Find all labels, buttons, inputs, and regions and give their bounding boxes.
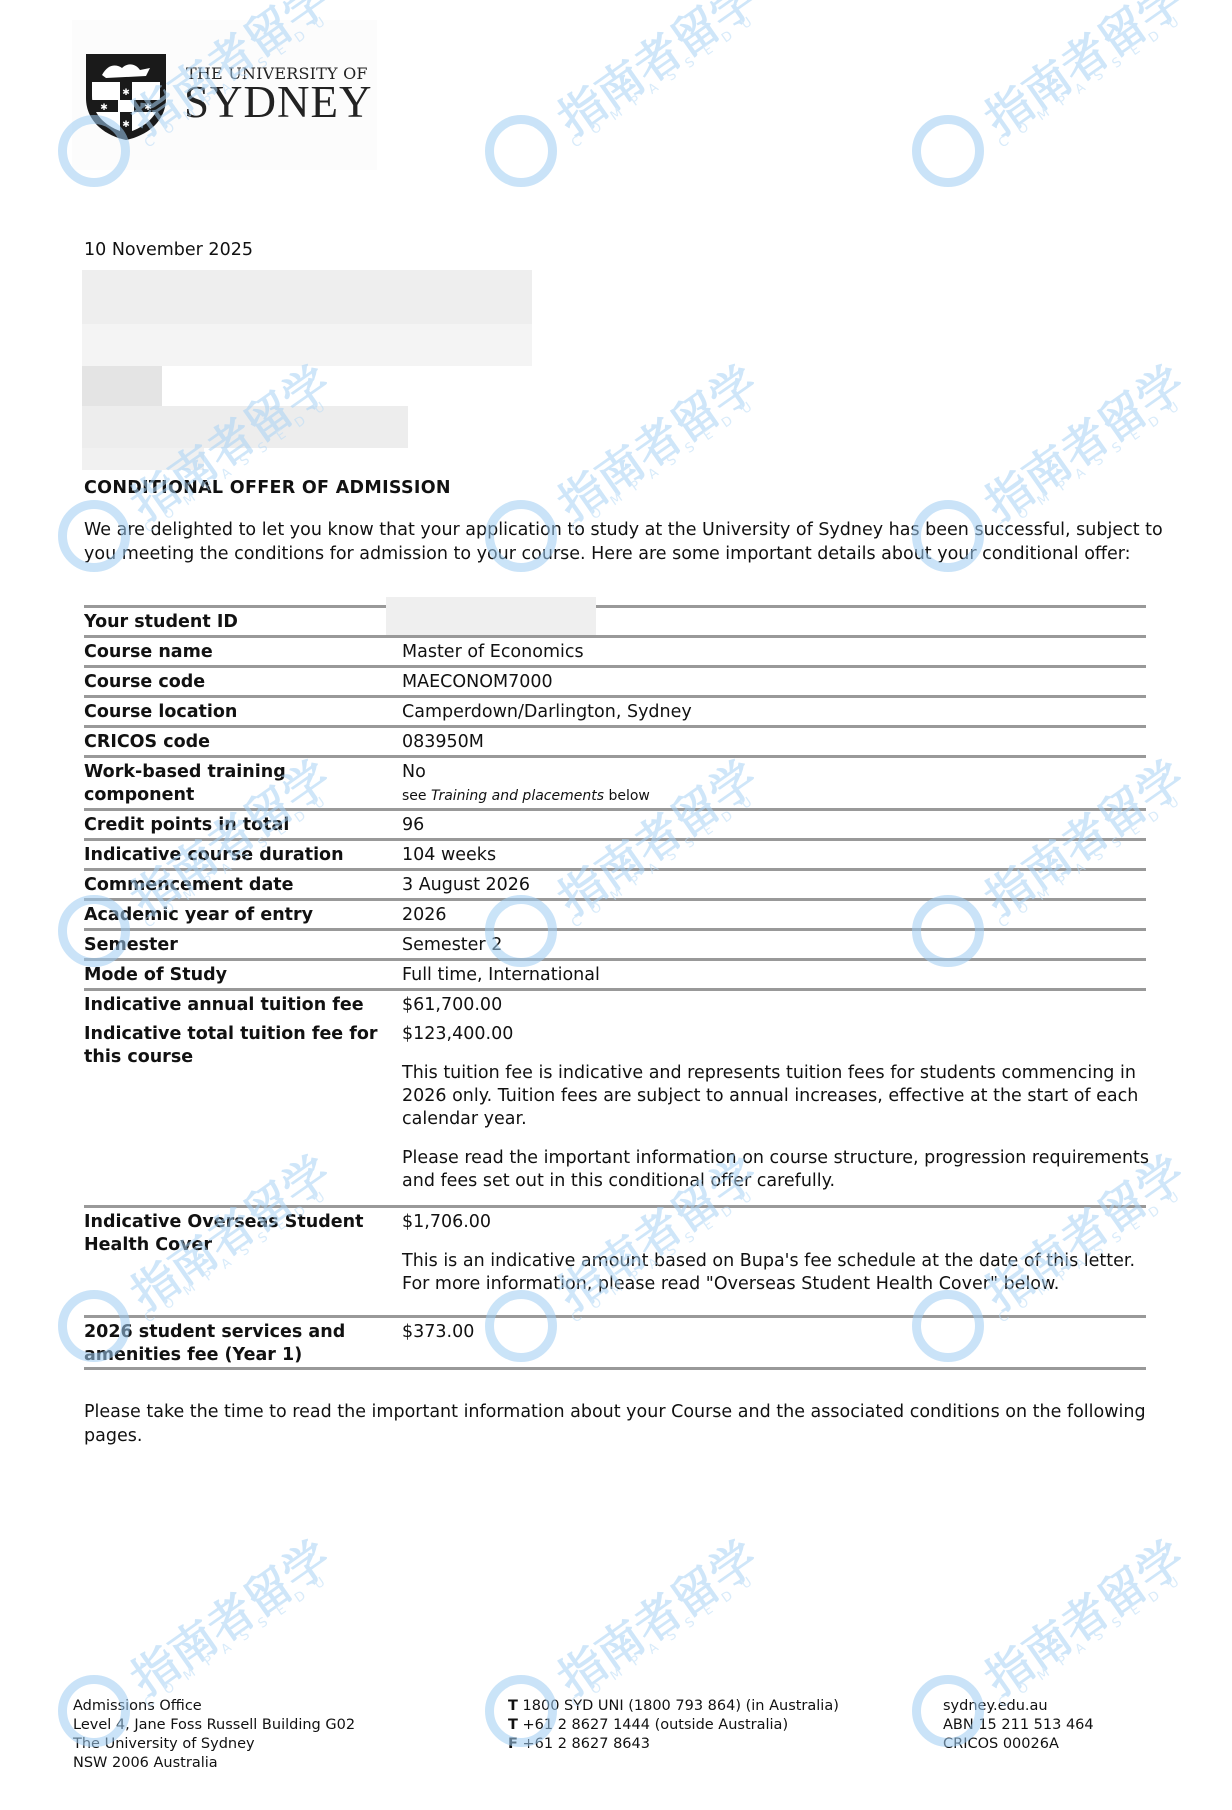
- duration-value: 104 weeks: [402, 844, 1152, 867]
- phone-number: +61 2 8627 1444 (outside Australia): [518, 1717, 788, 1733]
- footer-phone-international: T +61 2 8627 1444 (outside Australia): [508, 1716, 839, 1735]
- note-prefix: see: [402, 788, 431, 804]
- table-row-total-fee: Indicative total tuition fee for this co…: [84, 1020, 1146, 1205]
- row-label: Indicative course duration: [84, 844, 394, 867]
- course-name-value: Master of Economics: [402, 641, 1152, 664]
- oshc-cell: $1,706.00 This is an indicative amount b…: [402, 1211, 1152, 1296]
- footer-office: Admissions Office: [73, 1697, 355, 1716]
- semester-value: Semester 2: [402, 934, 1152, 957]
- row-label: CRICOS code: [84, 731, 394, 754]
- total-fee-cell: $123,400.00 This tuition fee is indicati…: [402, 1023, 1152, 1193]
- cricos-code-value: 083950M: [402, 731, 1152, 754]
- letter-date: 10 November 2025: [84, 240, 253, 260]
- offer-details-table: Your student ID Course name Master of Ec…: [84, 605, 1146, 1370]
- mode-of-study-value: Full time, International: [402, 964, 1152, 987]
- table-row: Credit points in total 96: [84, 808, 1146, 838]
- row-label: Credit points in total: [84, 814, 394, 837]
- row-label: Academic year of entry: [84, 904, 394, 927]
- table-row: Course code MAECONOM7000: [84, 665, 1146, 695]
- row-label: Semester: [84, 934, 394, 957]
- phone-number: 1800 SYD UNI (1800 793 864) (in Australi…: [518, 1698, 839, 1714]
- credit-points-value: 96: [402, 814, 1152, 837]
- note-suffix: below: [604, 788, 650, 804]
- footer-phones: T 1800 SYD UNI (1800 793 864) (in Austra…: [508, 1697, 839, 1754]
- table-row: Indicative course duration 104 weeks: [84, 838, 1146, 868]
- table-row: Course location Camperdown/Darlington, S…: [84, 695, 1146, 725]
- ssaf-value: $373.00: [402, 1321, 1152, 1344]
- row-label: Mode of Study: [84, 964, 394, 987]
- row-label: Your student ID: [84, 611, 394, 634]
- intro-paragraph: We are delighted to let you know that yo…: [84, 519, 1164, 566]
- course-code-value: MAECONOM7000: [402, 671, 1152, 694]
- svg-text:✱: ✱: [144, 103, 152, 113]
- closing-paragraph: Please take the time to read the importa…: [84, 1400, 1164, 1448]
- row-label: 2026 student services and amenities fee …: [84, 1321, 374, 1367]
- table-row: Indicative annual tuition fee $61,700.00: [84, 988, 1146, 1020]
- table-row-oshc: Indicative Overseas Student Health Cover…: [84, 1205, 1146, 1315]
- row-label: Work-based training component: [84, 761, 314, 807]
- svg-text:✱: ✱: [100, 103, 108, 113]
- footer-cricos: CRICOS 00026A: [943, 1735, 1094, 1754]
- total-fee-value: $123,400.00: [402, 1023, 1152, 1046]
- table-row: Mode of Study Full time, International: [84, 958, 1146, 988]
- academic-year-value: 2026: [402, 904, 1152, 927]
- table-row: Course name Master of Economics: [84, 635, 1146, 665]
- work-training-value: No see Training and placements below: [402, 761, 1152, 807]
- table-row: Commencement date 3 August 2026: [84, 868, 1146, 898]
- footer-university: The University of Sydney: [73, 1735, 355, 1754]
- oshc-note: This is an indicative amount based on Bu…: [402, 1250, 1152, 1296]
- offer-heading: CONDITIONAL OFFER OF ADMISSION: [84, 478, 451, 498]
- table-row: Work-based training component No see Tra…: [84, 755, 1146, 808]
- table-row-ssaf: 2026 student services and amenities fee …: [84, 1315, 1146, 1367]
- fax-prefix: F: [508, 1736, 518, 1752]
- row-label: Course location: [84, 701, 394, 724]
- row-label: Indicative annual tuition fee: [84, 994, 394, 1017]
- phone-prefix: T: [508, 1698, 518, 1714]
- svg-text:✱: ✱: [122, 88, 130, 98]
- row-label: Indicative Overseas Student Health Cover: [84, 1211, 384, 1257]
- commencement-value: 3 August 2026: [402, 874, 1152, 897]
- work-training-answer: No: [402, 761, 1152, 784]
- phone-prefix: T: [508, 1717, 518, 1733]
- fax-number: +61 2 8627 8643: [518, 1736, 650, 1752]
- footer-fax: F +61 2 8627 8643: [508, 1735, 839, 1754]
- row-label: Indicative total tuition fee for this co…: [84, 1023, 394, 1069]
- table-bottom-rule: [84, 1367, 1146, 1370]
- footer-abn: ABN 15 211 513 464: [943, 1716, 1094, 1735]
- university-crest-icon: ✱ ✱ ✱ ✱: [82, 50, 170, 142]
- annual-fee-value: $61,700.00: [402, 994, 1152, 1017]
- logo-text-sydney: SYDNEY: [184, 80, 373, 125]
- note-link-text: Training and placements: [431, 788, 604, 804]
- tuition-note-2: Please read the important information on…: [402, 1147, 1152, 1193]
- row-label: Course code: [84, 671, 394, 694]
- svg-text:✱: ✱: [122, 120, 130, 130]
- table-row: Academic year of entry 2026: [84, 898, 1146, 928]
- work-training-note: see Training and placements below: [402, 788, 650, 804]
- tuition-note-1: This tuition fee is indicative and repre…: [402, 1062, 1152, 1131]
- row-label: Commencement date: [84, 874, 394, 897]
- footer-building: Level 4, Jane Foss Russell Building G02: [73, 1716, 355, 1735]
- oshc-value: $1,706.00: [402, 1211, 1152, 1234]
- footer-phone-domestic: T 1800 SYD UNI (1800 793 864) (in Austra…: [508, 1697, 839, 1716]
- table-row: Semester Semester 2: [84, 928, 1146, 958]
- footer-address: Admissions Office Level 4, Jane Foss Rus…: [73, 1697, 355, 1773]
- footer-website: sydney.edu.au: [943, 1697, 1094, 1716]
- footer-web: sydney.edu.au ABN 15 211 513 464 CRICOS …: [943, 1697, 1094, 1754]
- footer-state: NSW 2006 Australia: [73, 1754, 355, 1773]
- table-row: CRICOS code 083950M: [84, 725, 1146, 755]
- row-label: Course name: [84, 641, 394, 664]
- course-location-value: Camperdown/Darlington, Sydney: [402, 701, 1152, 724]
- table-row-student-id: Your student ID: [84, 605, 1146, 635]
